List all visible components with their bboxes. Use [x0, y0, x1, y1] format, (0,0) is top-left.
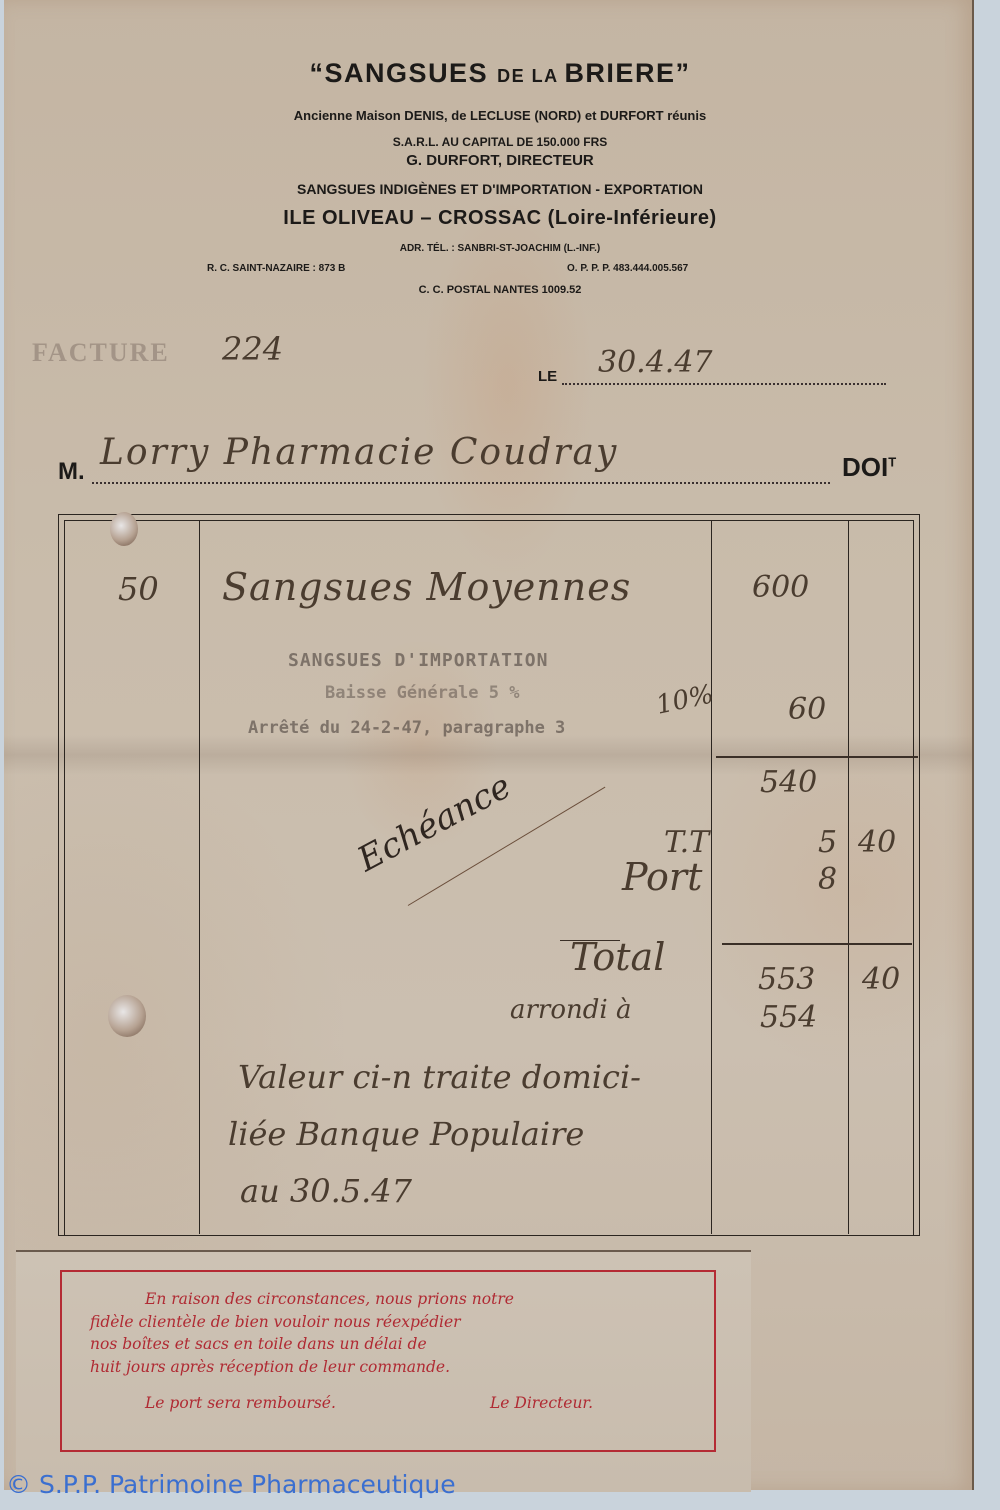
payment-note-line2: liée Banque Populaire — [228, 1115, 584, 1153]
date-label: LE — [538, 368, 557, 385]
company-oppp: O. P. P. P. 483.444.005.567 — [567, 263, 688, 274]
notice-footer: Le port sera remboursé. Le Directeur. — [145, 1394, 645, 1412]
notice-text: En raison des circonstances, nous prions… — [90, 1288, 690, 1378]
import-stamp-line3: Arrêté du 24-2-47, paragraphe 3 — [248, 718, 565, 738]
item-amount: 600 — [752, 570, 809, 605]
copyright-watermark: © S.P.P. Patrimoine Pharmaceutique — [6, 1470, 456, 1499]
recipient-dotted-line — [92, 482, 830, 484]
rounded-label: arrondi à — [510, 995, 631, 1025]
total-cents: 40 — [862, 962, 900, 997]
company-director: G. DURFORT, DIRECTEUR — [0, 152, 1000, 169]
port-amount: 8 — [818, 862, 837, 897]
punch-hole-top — [110, 512, 138, 546]
discount-amount: 60 — [788, 692, 826, 727]
company-postal-account: C. C. POSTAL NANTES 1009.52 — [0, 284, 1000, 296]
payment-note-line3: au 30.5.47 — [240, 1172, 412, 1210]
port-label: Port — [622, 855, 702, 899]
notice-signature: Le Directeur. — [490, 1394, 593, 1412]
notice-line-4: huit jours après réception de leur comma… — [90, 1356, 690, 1379]
subtotal-amount: 540 — [760, 765, 817, 800]
recipient-name: Lorry Pharmacie Coudray — [100, 432, 618, 473]
facture-stamp: FACTURE — [32, 338, 170, 368]
recipient-label: M. — [58, 458, 85, 486]
column-divider-qty — [199, 520, 200, 1234]
tt-cents: 40 — [858, 825, 896, 860]
import-stamp-line1: SANGSUES D'IMPORTATION — [288, 650, 548, 671]
tt-francs: 5 — [818, 825, 837, 860]
date-dotted-line — [562, 383, 886, 385]
company-registry: R. C. SAINT-NAZAIRE : 873 B — [207, 263, 345, 274]
company-capital: S.A.R.L. AU CAPITAL DE 150.000 FRS — [0, 135, 1000, 149]
doit-label: DOIT — [842, 452, 896, 483]
item-description: Sangsues Moyennes — [222, 565, 631, 609]
notice-line-1: En raison des circonstances, nous prions… — [90, 1288, 690, 1311]
import-stamp-line2: Baisse Générale 5 % — [325, 683, 519, 703]
company-activity: SANGSUES INDIGÈNES ET D'IMPORTATION - EX… — [0, 181, 1000, 197]
company-name: “SANGSUES DE LA BRIERE” — [0, 58, 1000, 89]
punch-hole-bottom — [108, 995, 146, 1037]
invoice-date: 30.4.47 — [598, 345, 713, 380]
total-label: Total — [570, 935, 665, 979]
rounded-amount: 554 — [760, 1000, 817, 1035]
company-address: ILE OLIVEAU – CROSSAC (Loire-Inférieure) — [0, 207, 1000, 230]
notice-refund: Le port sera remboursé. — [145, 1394, 336, 1412]
company-telegraph: ADR. TÉL. : SANBRI-ST-JOACHIM (L.-INF.) — [0, 243, 1000, 254]
notice-line-3: nos boîtes et sacs en toile dans un déla… — [90, 1333, 690, 1356]
subtotal-rule — [716, 756, 918, 758]
invoice-number: 224 — [222, 330, 283, 368]
notice-line-2: fidèle clientèle de bien vouloir nous ré… — [90, 1311, 690, 1334]
company-history: Ancienne Maison DENIS, de LECLUSE (NORD)… — [0, 108, 1000, 123]
payment-note-line1: Valeur ci-n traite domici- — [238, 1058, 641, 1096]
column-divider-amount — [711, 520, 712, 1234]
total-rule — [722, 943, 912, 945]
column-divider-cents — [848, 520, 849, 1234]
item-quantity: 50 — [118, 570, 159, 608]
total-francs: 553 — [758, 962, 815, 997]
